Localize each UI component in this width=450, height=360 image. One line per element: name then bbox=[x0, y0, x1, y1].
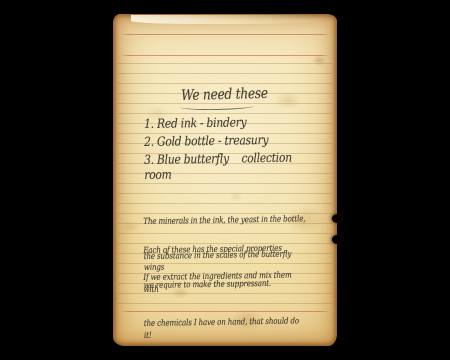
list-item-gold-bottle: 2. Gold bottle - treasury bbox=[144, 132, 268, 149]
ruled-line-red-top-1 bbox=[120, 34, 330, 35]
list-item-blue-butterfly: 3. Blue butterfly collection room bbox=[144, 149, 310, 182]
paragraph-line: If we extract the ingredients and mix th… bbox=[143, 270, 306, 296]
paragraph-plan: If we extract the ingredients and mix th… bbox=[143, 247, 307, 360]
note-title: We need these bbox=[181, 86, 268, 104]
handwritten-note-page[interactable]: We need these 1. Red ink - bindery 2. Go… bbox=[113, 14, 337, 346]
paper-tear-highlight bbox=[131, 15, 327, 24]
torn-edge-notch bbox=[332, 214, 342, 223]
paragraph-line: the chemicals I have on hand, that shoul… bbox=[144, 316, 307, 342]
ruled-line-red-top-2 bbox=[120, 55, 330, 56]
torn-edge-notch bbox=[332, 235, 342, 244]
list-item-red-ink: 1. Red ink - bindery bbox=[144, 114, 246, 131]
